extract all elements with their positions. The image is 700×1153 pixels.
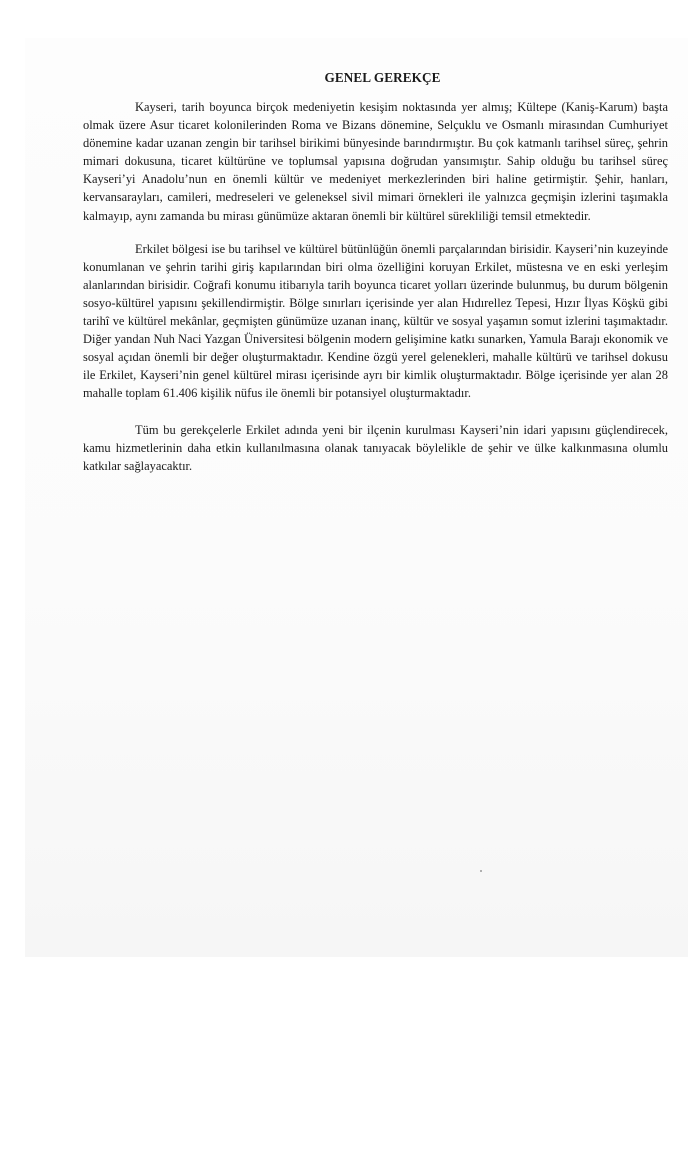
paragraph-conclusion: Tüm bu gerekçelerle Erkilet adında yeni … — [83, 421, 668, 475]
paragraph-erkilet-region: Erkilet bölgesi ise bu tarihsel ve kültü… — [83, 240, 668, 403]
paragraph-historical-background: Kayseri, tarih boyunca birçok medeniyeti… — [83, 98, 668, 225]
document-page: GENEL GEREKÇE Kayseri, tarih boyunca bir… — [83, 70, 668, 490]
scan-speck — [480, 870, 482, 872]
document-title: GENEL GEREKÇE — [83, 70, 668, 86]
